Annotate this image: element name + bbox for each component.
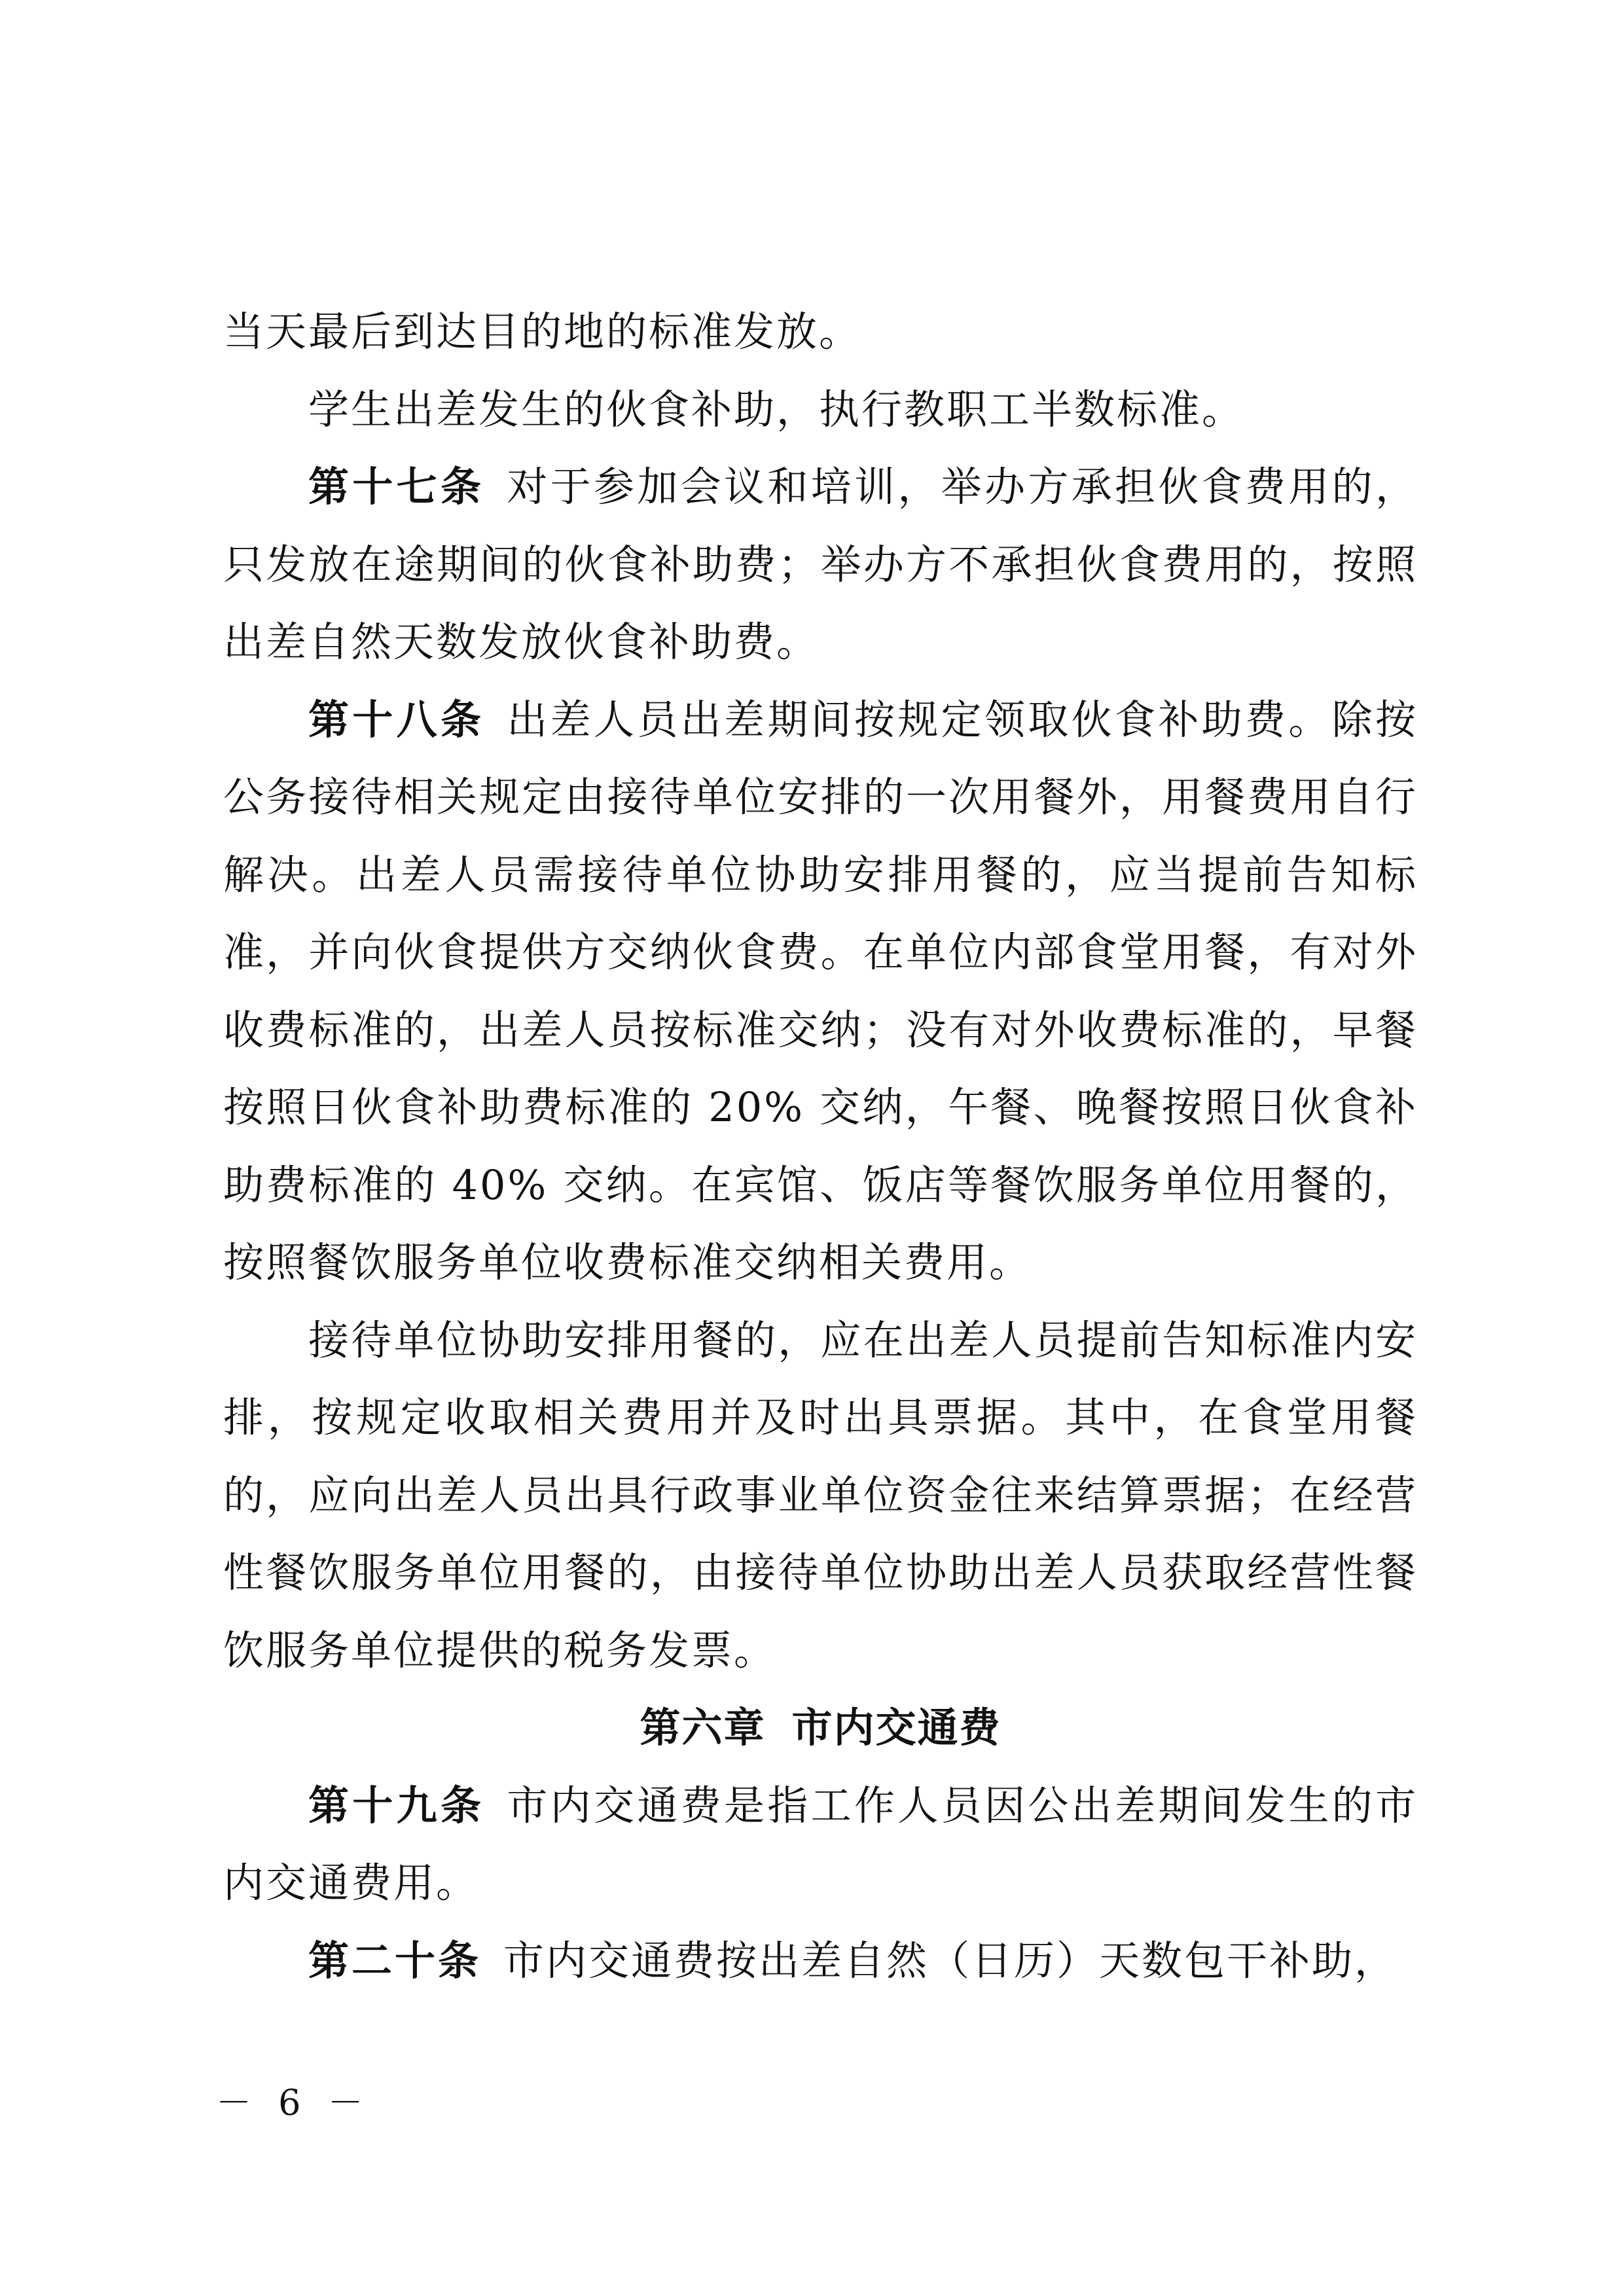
paragraph-text: 当天最后到达目的地的标准发放。 xyxy=(223,308,861,355)
paragraph-continuation: 当天最后到达目的地的标准发放。 xyxy=(223,293,1418,371)
article-17: 第十七条对于参加会议和培训，举办方承担伙食费用的，只发放在途期间的伙食补助费；举… xyxy=(223,448,1418,681)
paragraph-reception-unit-meals: 接待单位协助安排用餐的，应在出差人员提前告知标准内安排，按规定收取相关费用并及时… xyxy=(223,1302,1418,1690)
document-page: 当天最后到达目的地的标准发放。 学生出差发生的伙食补助，执行教职工半数标准。 第… xyxy=(0,0,1624,2296)
paragraph-text: 接待单位协助安排用餐的，应在出差人员提前告知标准内安排，按规定收取相关费用并及时… xyxy=(223,1316,1418,1674)
article-label: 第十九条 xyxy=(308,1782,484,1829)
article-text: 市内交通费按出差自然（日历）天数包干补助， xyxy=(503,1937,1397,1984)
article-text: 出差人员出差期间按规定领取伙食补助费。除按公务接待相关规定由接待单位安排的一次用… xyxy=(223,696,1418,1287)
article-label: 第二十条 xyxy=(308,1937,481,1984)
document-body: 当天最后到达目的地的标准发放。 学生出差发生的伙食补助，执行教职工半数标准。 第… xyxy=(223,293,1418,2000)
chapter-heading: 第六章市内交通费 xyxy=(223,1689,1418,1767)
page-number: － 6 － xyxy=(216,2075,371,2125)
article-20: 第二十条市内交通费按出差自然（日历）天数包干补助， xyxy=(223,1922,1418,2000)
article-19: 第十九条市内交通费是指工作人员因公出差期间发生的市内交通费用。 xyxy=(223,1767,1418,1922)
article-18: 第十八条出差人员出差期间按规定领取伙食补助费。除按公务接待相关规定由接待单位安排… xyxy=(223,681,1418,1302)
paragraph-student-meal-allowance: 学生出差发生的伙食补助，执行教职工半数标准。 xyxy=(223,371,1418,449)
article-label: 第十七条 xyxy=(308,463,484,511)
chapter-title: 市内交通费 xyxy=(792,1704,1001,1751)
chapter-number: 第六章 xyxy=(640,1704,765,1751)
article-label: 第十八条 xyxy=(308,696,484,744)
paragraph-text: 学生出差发生的伙食补助，执行教职工半数标准。 xyxy=(308,386,1244,433)
